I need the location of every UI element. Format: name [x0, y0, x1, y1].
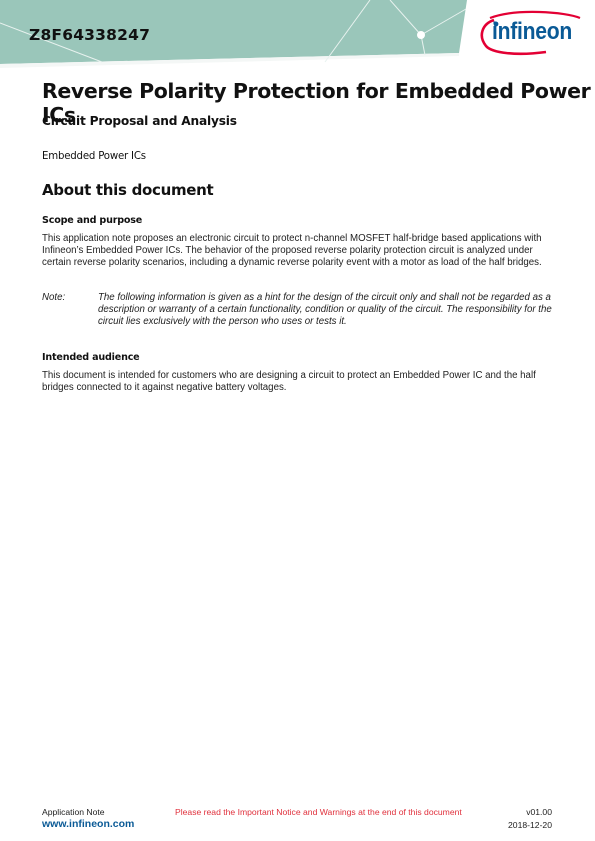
- scope-text: This application note proposes an electr…: [42, 233, 562, 269]
- footer-version: v01.00: [526, 807, 552, 817]
- audience-text: This document is intended for customers …: [42, 370, 562, 394]
- page-subtitle: Circuit Proposal and Analysis: [42, 114, 237, 128]
- footer-date: 2018-12-20: [508, 820, 552, 830]
- logo-wordmark: infineon: [492, 18, 572, 46]
- document-id: Z8F64338247: [29, 26, 150, 44]
- footer-doc-type: Application Note: [42, 807, 105, 817]
- scope-heading: Scope and purpose: [42, 215, 142, 226]
- about-heading: About this document: [42, 181, 213, 199]
- audience-heading: Intended audience: [42, 352, 140, 363]
- note-label: Note:: [42, 292, 65, 303]
- product-family: Embedded Power ICs: [42, 151, 146, 162]
- footer-website-link[interactable]: www.infineon.com: [42, 818, 134, 830]
- footer-warning: Please read the Important Notice and War…: [175, 807, 462, 817]
- infineon-logo: infineon: [476, 10, 588, 60]
- note-text: The following information is given as a …: [98, 292, 558, 328]
